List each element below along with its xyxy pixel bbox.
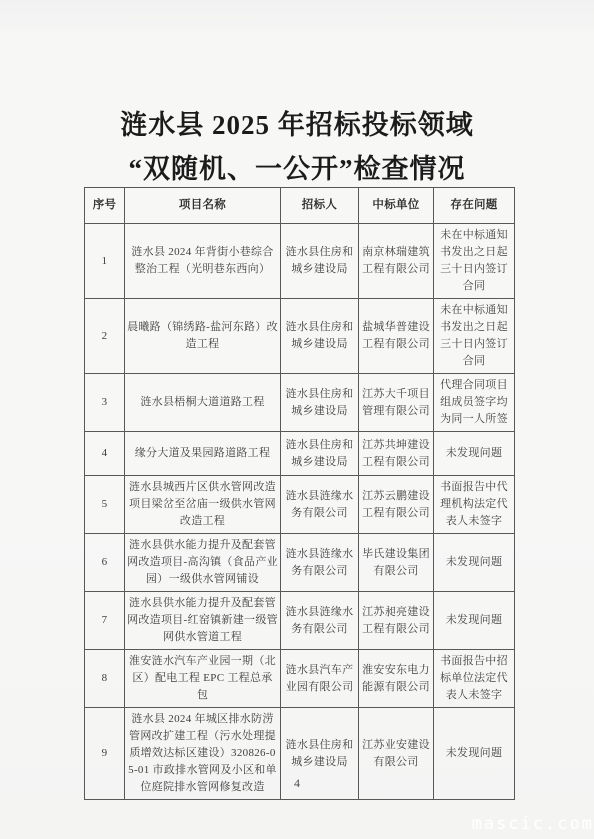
cell-existing-problems: 书面报告中代理机构法定代表人未签字 (434, 476, 515, 534)
cell-project-name: 涟水县供水能力提升及配套管网改造项目-红窑镇新建一级管网供水管道工程 (125, 592, 281, 650)
document-title-line1: 涟水县 2025 年招标投标领域 (0, 103, 594, 147)
cell-serial-number: 8 (85, 650, 125, 708)
header-existing-problems: 存在问题 (434, 188, 515, 224)
header-serial-number: 序号 (85, 188, 125, 224)
cell-serial-number: 4 (85, 432, 125, 476)
cell-tenderer: 涟水县汽车产业园有限公司 (281, 650, 359, 708)
cell-project-name: 淮安涟水汽车产业园一期（北区）配电工程 EPC 工程总承包 (125, 650, 281, 708)
cell-winning-bidder: 江苏共坤建设工程有限公司 (359, 432, 434, 476)
cell-project-name: 涟水县 2024 年背街小巷综合整治工程（光明巷东西向） (125, 224, 281, 299)
scanned-document-page: 涟水县 2025 年招标投标领域 “双随机、一公开”检查情况 序号 项目名称 招… (0, 0, 594, 839)
cell-serial-number: 7 (85, 592, 125, 650)
cell-tenderer: 涟水县涟缘水务有限公司 (281, 534, 359, 592)
cell-tenderer: 涟水县住房和城乡建设局 (281, 432, 359, 476)
cell-existing-problems: 未在中标通知书发出之日起三十日内签订合同 (434, 224, 515, 299)
cell-serial-number: 1 (85, 224, 125, 299)
cell-project-name: 涟水县供水能力提升及配套管网改造项目-高沟镇（食品产业园）一级供水管网铺设 (125, 534, 281, 592)
cell-existing-problems: 未发现问题 (434, 432, 515, 476)
cell-existing-problems: 未在中标通知书发出之日起三十日内签订合同 (434, 299, 515, 374)
cell-tenderer: 涟水县涟缘水务有限公司 (281, 476, 359, 534)
cell-existing-problems: 代理合同项目组成员签字均为同一人所签 (434, 374, 515, 432)
header-winning-bidder: 中标单位 (359, 188, 434, 224)
cell-serial-number: 3 (85, 374, 125, 432)
table-row: 3涟水县梧桐大道道路工程涟水县住房和城乡建设局江苏大千项目管理有限公司代理合同项… (85, 374, 515, 432)
cell-existing-problems: 未发现问题 (434, 534, 515, 592)
table-row: 5涟水县城西片区供水管网改造项目梁岔至岔庙一级供水管网改造工程涟水县涟缘水务有限… (85, 476, 515, 534)
cell-winning-bidder: 淮安安东电力能源有限公司 (359, 650, 434, 708)
table-row: 1涟水县 2024 年背街小巷综合整治工程（光明巷东西向）涟水县住房和城乡建设局… (85, 224, 515, 299)
cell-winning-bidder: 南京林瑞建筑工程有限公司 (359, 224, 434, 299)
cell-existing-problems: 未发现问题 (434, 592, 515, 650)
cell-project-name: 晨曦路（锦绣路-盐河东路）改造工程 (125, 299, 281, 374)
cell-serial-number: 2 (85, 299, 125, 374)
table-row: 2晨曦路（锦绣路-盐河东路）改造工程涟水县住房和城乡建设局盐城华普建设工程有限公… (85, 299, 515, 374)
cell-serial-number: 5 (85, 476, 125, 534)
table-row: 6涟水县供水能力提升及配套管网改造项目-高沟镇（食品产业园）一级供水管网铺设涟水… (85, 534, 515, 592)
table-row: 8淮安涟水汽车产业园一期（北区）配电工程 EPC 工程总承包涟水县汽车产业园有限… (85, 650, 515, 708)
page-number: 4 (0, 776, 594, 791)
cell-project-name: 涟水县梧桐大道道路工程 (125, 374, 281, 432)
cell-serial-number: 6 (85, 534, 125, 592)
table-row: 7涟水县供水能力提升及配套管网改造项目-红窑镇新建一级管网供水管道工程涟水县涟缘… (85, 592, 515, 650)
table-header-row: 序号 项目名称 招标人 中标单位 存在问题 (85, 188, 515, 224)
inspection-results-table: 序号 项目名称 招标人 中标单位 存在问题 1涟水县 2024 年背街小巷综合整… (84, 187, 515, 800)
cell-winning-bidder: 盐城华普建设工程有限公司 (359, 299, 434, 374)
cell-project-name: 缘分大道及果园路道路工程 (125, 432, 281, 476)
cell-winning-bidder: 毕氏建设集团有限公司 (359, 534, 434, 592)
cell-tenderer: 涟水县住房和城乡建设局 (281, 299, 359, 374)
cell-existing-problems: 书面报告中招标单位法定代表人未签字 (434, 650, 515, 708)
document-title-line2: “双随机、一公开”检查情况 (0, 147, 594, 191)
cell-project-name: 涟水县城西片区供水管网改造项目梁岔至岔庙一级供水管网改造工程 (125, 476, 281, 534)
cell-tenderer: 涟水县住房和城乡建设局 (281, 374, 359, 432)
header-tenderer: 招标人 (281, 188, 359, 224)
cell-winning-bidder: 江苏大千项目管理有限公司 (359, 374, 434, 432)
document-title: 涟水县 2025 年招标投标领域 “双随机、一公开”检查情况 (0, 103, 594, 191)
cell-winning-bidder: 江苏云鹏建设工程有限公司 (359, 476, 434, 534)
watermark-text: mascic.com (472, 814, 594, 834)
cell-tenderer: 涟水县住房和城乡建设局 (281, 224, 359, 299)
header-project-name: 项目名称 (125, 188, 281, 224)
cell-winning-bidder: 江苏昶亮建设工程有限公司 (359, 592, 434, 650)
cell-tenderer: 涟水县涟缘水务有限公司 (281, 592, 359, 650)
table-row: 4缘分大道及果园路道路工程涟水县住房和城乡建设局江苏共坤建设工程有限公司未发现问… (85, 432, 515, 476)
